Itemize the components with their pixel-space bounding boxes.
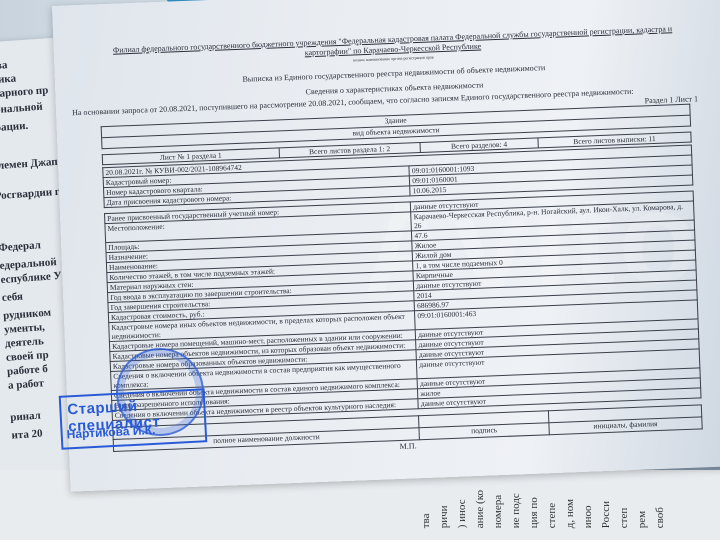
background-page-line: Росгвардии г xyxy=(0,186,60,203)
bottom-paper-columns: тваричи) иносание (кономераие подсция по… xyxy=(420,490,720,528)
bottom-paper-text: ричи xyxy=(438,490,450,528)
background-page-line: Федерал xyxy=(0,239,41,254)
background-page-line: себя xyxy=(1,291,23,304)
bottom-paper-text: иноо xyxy=(582,490,594,528)
bottom-paper-text: ция по xyxy=(528,490,540,528)
background-page-line: деятель xyxy=(5,335,44,350)
bottom-paper-text: степе xyxy=(546,490,558,528)
background-page-line: ринал xyxy=(10,410,41,424)
background-page-line: ументы, xyxy=(4,321,46,336)
background-page-line: своей пр xyxy=(6,349,49,364)
background-page-line: ятика xyxy=(0,73,16,87)
background-page-line: а работ xyxy=(8,377,45,391)
bottom-paper-text: ) инос xyxy=(456,490,468,528)
official-stamp: Старший специалист Нартикова И.К. xyxy=(59,388,208,450)
bottom-paper-text: ие подс xyxy=(510,490,522,528)
bottom-paper-text: тва xyxy=(420,490,432,528)
background-page-line: итарного пр xyxy=(0,84,49,100)
background-page-line: ерации. xyxy=(0,120,29,135)
bottom-paper-text: ание (ко xyxy=(474,490,486,528)
background-page-line: еспублике У xyxy=(0,270,62,286)
background-page-line: иональной xyxy=(0,101,43,117)
bottom-paper-text: рем xyxy=(636,490,648,528)
background-page-line: олемен Джап xyxy=(0,156,58,173)
bottom-paper-text: номера xyxy=(492,490,504,528)
bottom-paper-text: Росси xyxy=(600,490,612,528)
background-page-line: рудником xyxy=(3,307,52,322)
bottom-paper-text: своб xyxy=(654,490,666,528)
background-page-line: работе б xyxy=(7,363,49,378)
background-page-line: ства xyxy=(0,59,8,72)
bottom-paper-text: д, ном xyxy=(564,490,576,528)
background-page-line: ита 20 xyxy=(11,428,43,442)
bottom-paper-text: степ xyxy=(618,490,630,528)
